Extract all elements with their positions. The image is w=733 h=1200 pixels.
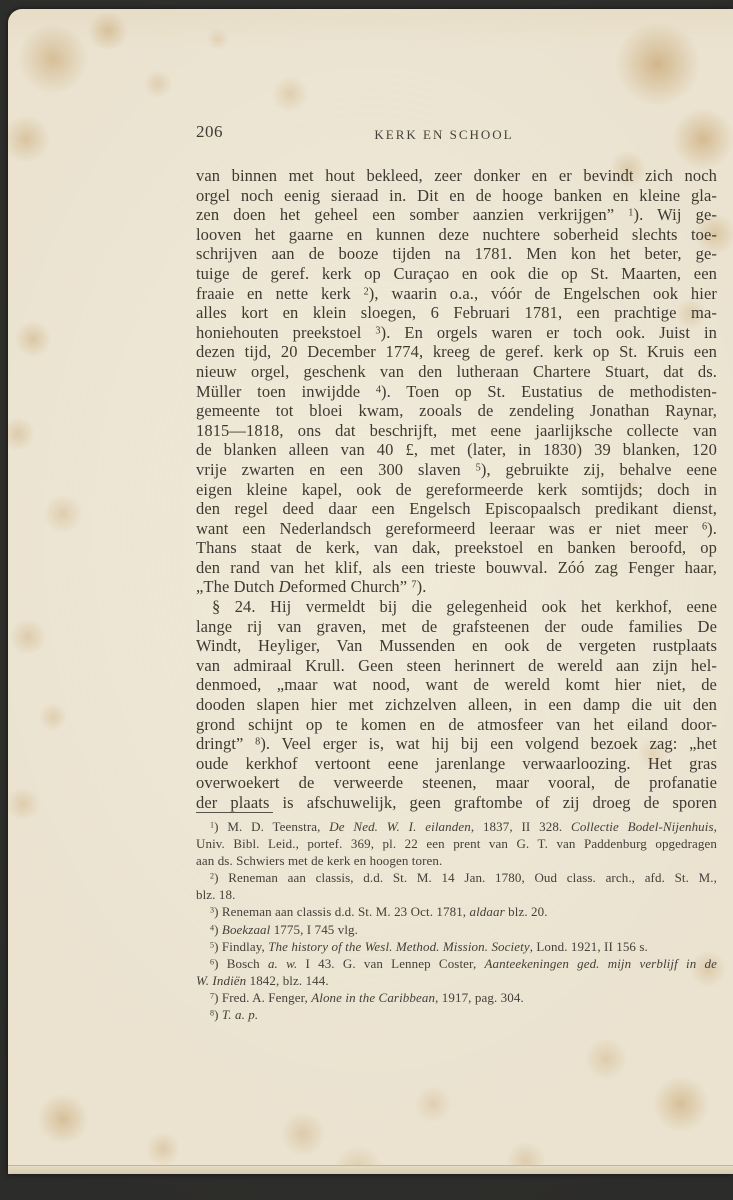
footnotes: 1) M. D. Teenstra, De Ned. W. I. eilande… <box>196 818 717 1023</box>
footnote-line: Univ. Bibl. Leid., portef. 369, pl. 22 e… <box>196 835 717 852</box>
footnote-line: 6) Bosch a. w. I 43. G. van Lennep Coste… <box>196 955 717 972</box>
footnote-line: W. Indiën 1842, blz. 144. <box>196 972 717 989</box>
text-line: dringt” 8). Veel erger is, wat hij bij e… <box>196 734 717 754</box>
text-line: den rand van het klif, als een trieste b… <box>196 558 717 578</box>
text-line: „The Dutch Deformed Church” 7). <box>196 577 717 597</box>
text-line: de blanken alleen van 40 £, met (later, … <box>196 440 717 460</box>
text-line: gemeente tot bloei kwam, zooals de zende… <box>196 401 717 421</box>
text-line: lange rij van graven, met de grafsteenen… <box>196 617 717 637</box>
text-line: tuige de geref. kerk op Curaçao en ook d… <box>196 264 717 284</box>
footnote-line: 7) Fred. A. Fenger, Alone in the Caribbe… <box>196 989 717 1006</box>
text-line: alles kort en klein sloegen, 6 Februari … <box>196 303 717 323</box>
text-line: want een Nederlandsch gereformeerd leera… <box>196 519 717 539</box>
footnote-line: 3) Reneman aan classis d.d. St. M. 23 Oc… <box>196 903 717 920</box>
paragraph-2: § 24. Hij vermeldt bij die gelegenheid o… <box>196 597 717 813</box>
text-line: dooden slapen hier met zichzelven alleen… <box>196 695 717 715</box>
text-line: looven het gaarne en kunnen deze nuchter… <box>196 225 717 245</box>
text-line: Thans staat de kerk, van dak, preekstoel… <box>196 538 717 558</box>
text-line: zen doen het geheel een somber aanzien v… <box>196 205 717 225</box>
text-line: grond schijnt op te komen en de atmosfee… <box>196 715 717 735</box>
text-line: der plaats is afschuwelijk, geen graftom… <box>196 793 717 813</box>
text-line: Müller toen inwijdde 4). Toen op St. Eus… <box>196 382 717 402</box>
footnote-line: aan ds. Schwiers met de kerk en hoogen t… <box>196 852 717 869</box>
footnote-line: 2) Reneman aan classis, d.d. St. M. 14 J… <box>196 869 717 886</box>
footnote-line: 1) M. D. Teenstra, De Ned. W. I. eilande… <box>196 818 717 835</box>
footnote-line: blz. 18. <box>196 886 717 903</box>
footnote-line: 5) Findlay, The history of the Wesl. Met… <box>196 938 717 955</box>
text-line: oude kerkhof vertoont eene jarenlange ve… <box>196 754 717 774</box>
text-line: dezen tijd, 20 December 1774, kreeg de g… <box>196 342 717 362</box>
text-line: Windt, Heyliger, Van Mussenden en ook de… <box>196 636 717 656</box>
text-line: den regel deed daar een Engelsch Episcop… <box>196 499 717 519</box>
text-line: van binnen met hout bekleed, zeer donker… <box>196 166 717 186</box>
paragraph-1: van binnen met hout bekleed, zeer donker… <box>196 166 717 597</box>
page-number: 206 <box>196 122 223 142</box>
book-scan: 206 KERK EN SCHOOL van binnen met hout b… <box>0 0 733 1200</box>
text-line: honiehouten preekstoel 3). En orgels war… <box>196 323 717 343</box>
text-line: § 24. Hij vermeldt bij die gelegenheid o… <box>196 597 717 617</box>
text-line: overwoekert de verweerde steenen, maar v… <box>196 773 717 793</box>
text-line: denmoed, „maar wat nood, want de wereld … <box>196 675 717 695</box>
footnote-line: 8) T. a. p. <box>196 1006 717 1023</box>
text-line: orgel noch eenig sieraad in. Dit en de h… <box>196 186 717 206</box>
text-line: schrijven aan de booze tijden na 1781. M… <box>196 244 717 264</box>
text-line: eigen kleine kapel, ook de gereformeerde… <box>196 480 717 500</box>
text-line: van admiraal Krull. Geen steen herinnert… <box>196 656 717 676</box>
running-head: KERK EN SCHOOL <box>374 127 513 143</box>
footnote-line: 4) Boekzaal 1775, I 745 vlg. <box>196 921 717 938</box>
text-line: vrije zwarten en een 300 slaven 5), gebr… <box>196 460 717 480</box>
text-line: nieuw orgel, geschenk van den lutheraan … <box>196 362 717 382</box>
text-line: fraaie en nette kerk 2), waarin o.a., vó… <box>196 284 717 304</box>
body-text: van binnen met hout bekleed, zeer donker… <box>196 166 717 813</box>
text-line: 1815—1818, ons dat beschrijft, met eene … <box>196 421 717 441</box>
footnote-separator-rule <box>196 812 273 813</box>
